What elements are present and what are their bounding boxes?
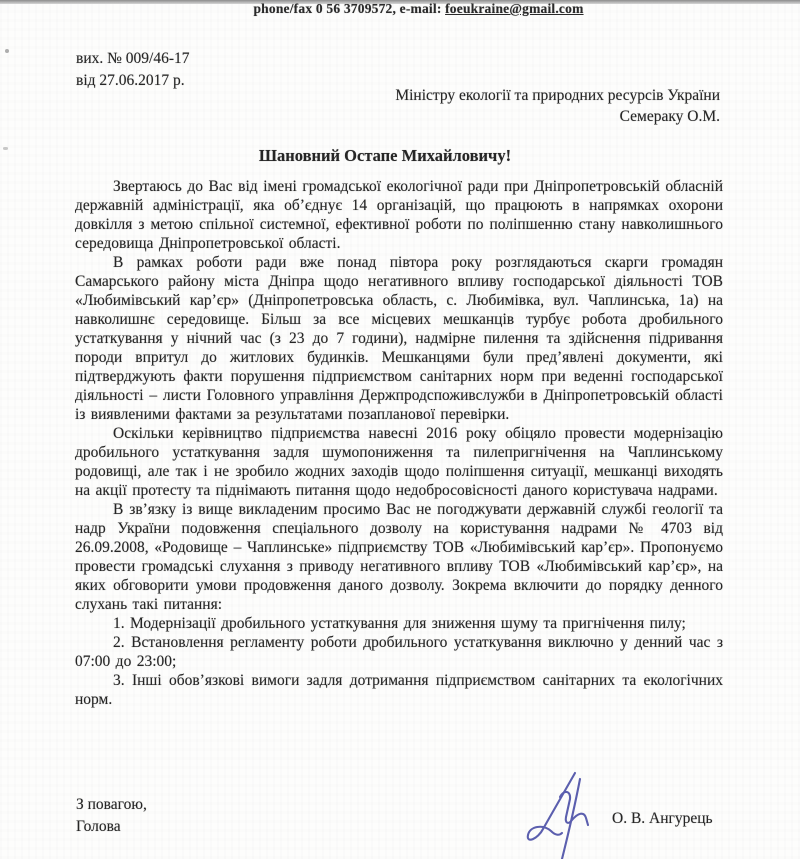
paragraph-3: Оскільки керівництво підприємства навесн… [75, 424, 723, 500]
reference-block: вих. № 009/46-17 від 27.06.2017 р. [76, 48, 190, 92]
signer-name: О. В. Ангурець [612, 810, 713, 828]
scanned-letter-page: phone/fax 0 56 3709572, e-mail: foeukrai… [0, 0, 800, 859]
list-item-3: 3. Інші обов’язкові вимоги задля дотрима… [75, 671, 723, 709]
paragraph-1: Звертаюсь до Вас від імені громадської е… [75, 177, 723, 253]
closing-position: Голова [76, 816, 147, 838]
closing-respectfully: З повагою, [76, 794, 147, 816]
paragraph-2: В рамках роботи ради вже понад півтора р… [75, 253, 723, 424]
scan-speck-artifact [5, 49, 9, 53]
list-item-2: 2. Встановлення регламенту роботи дробил… [75, 633, 723, 671]
paragraph-4: В зв’язку із вище викладеним просимо Вас… [75, 500, 723, 614]
email-link[interactable]: foeukraine@gmail.com [445, 1, 583, 16]
outgoing-number: вих. № 009/46-17 [76, 48, 190, 70]
addressee-line-1: Міністру екології та природних ресурсів … [395, 85, 720, 106]
closing-block: З повагою, Голова [76, 794, 147, 838]
letterhead-contact-line: phone/fax 0 56 3709572, e-mail: foeukrai… [37, 1, 800, 17]
addressee-block: Міністру екології та природних ресурсів … [395, 85, 720, 127]
scan-speck-artifact [3, 147, 8, 150]
handwritten-signature [518, 767, 606, 859]
list-item-1: 1. Модернізації дробильного устаткування… [75, 614, 723, 633]
letter-body: Звертаюсь до Вас від імені громадської е… [75, 177, 723, 709]
contact-prefix: phone/fax 0 56 3709572, e-mail: [253, 1, 445, 16]
letter-date: від 27.06.2017 р. [76, 70, 190, 92]
salutation: Шановний Остапе Михайловичу! [60, 146, 710, 166]
addressee-line-2: Семераку О.М. [395, 106, 720, 127]
